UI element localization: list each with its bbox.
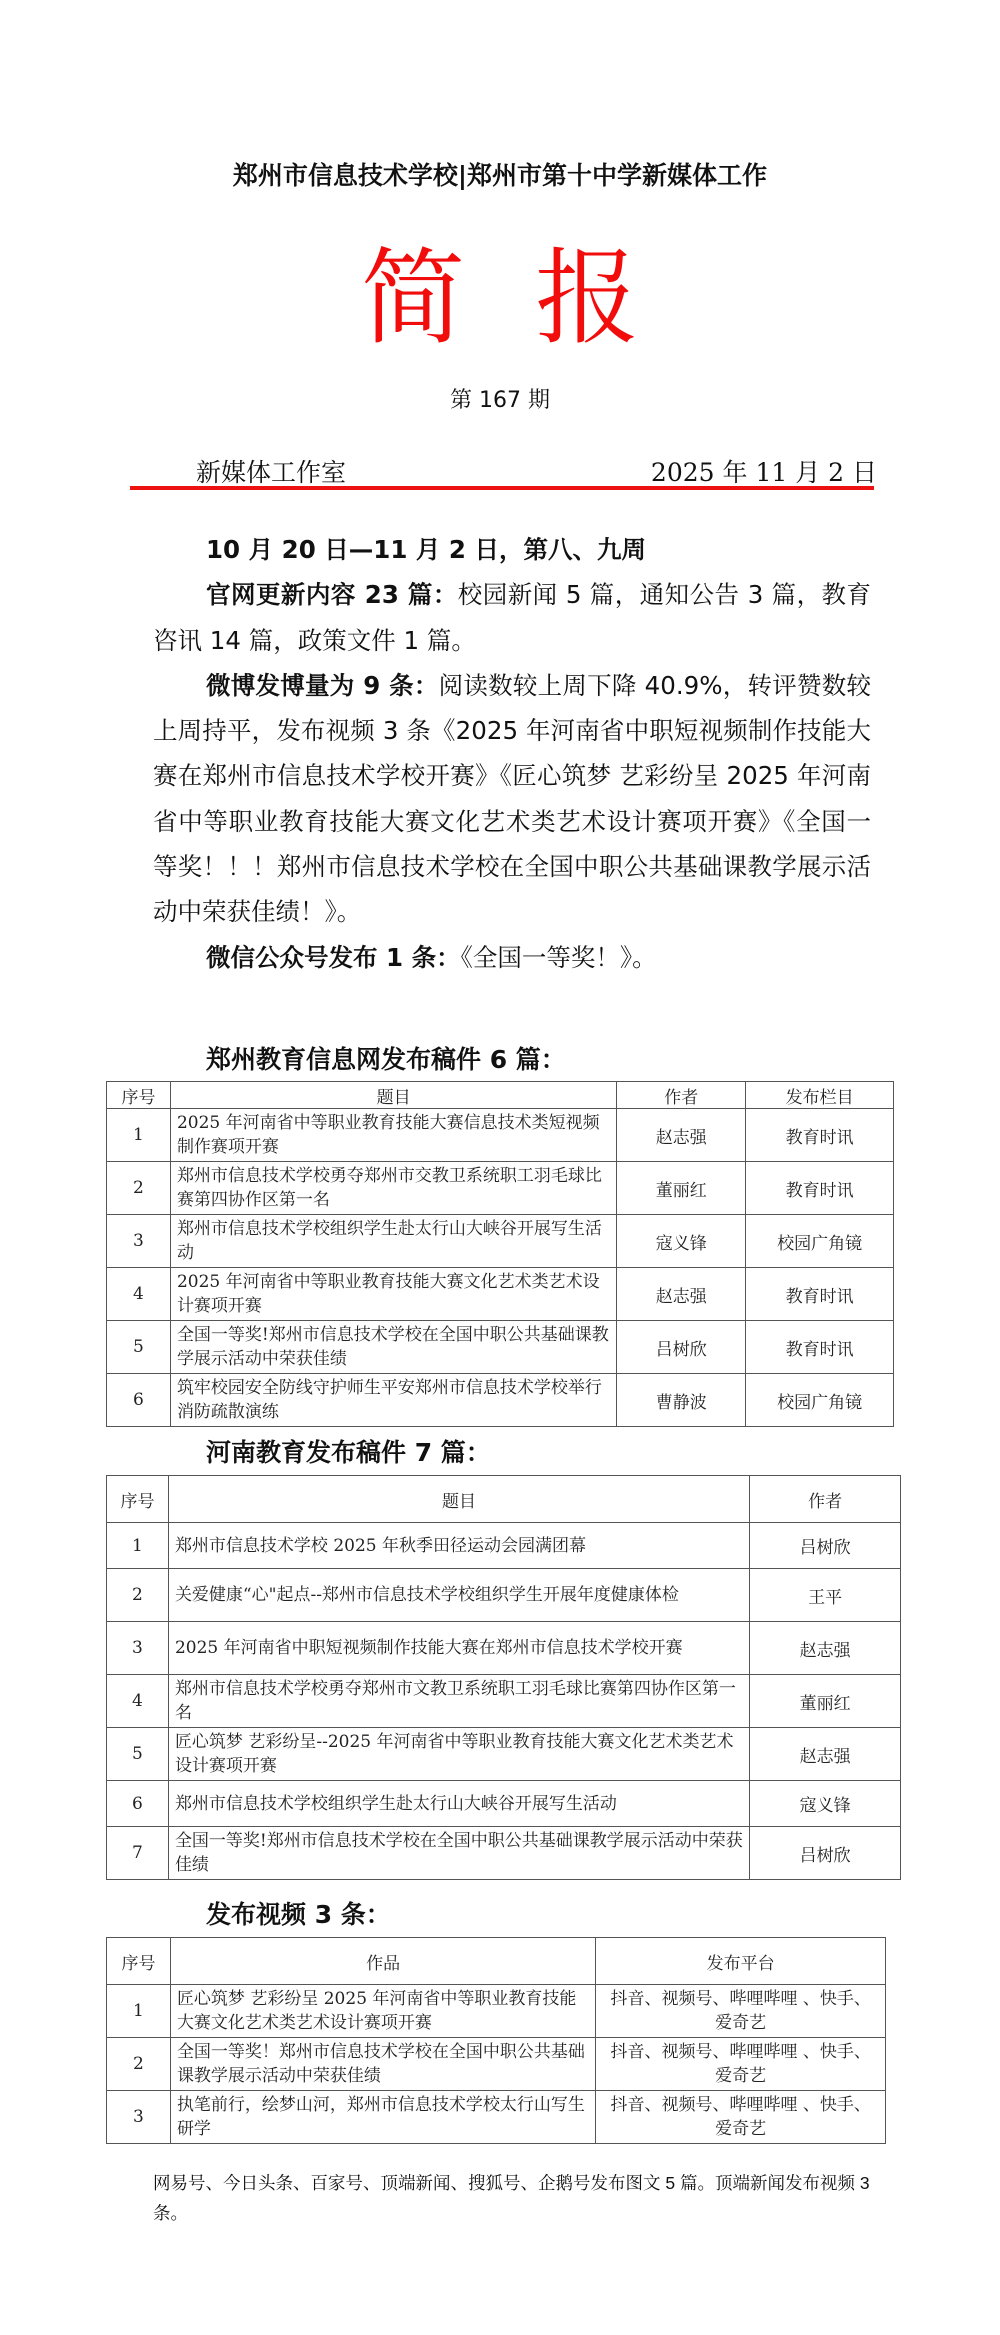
table-row: 42025 年河南省中等职业教育技能大赛文化艺术类艺术设计赛项开赛赵志强教育时讯	[107, 1268, 894, 1321]
table-row: 7全国一等奖!郑州市信息技术学校在全国中职公共基础课教学展示活动中荣获佳绩吕树欣	[107, 1827, 901, 1880]
col-header: 发布平台	[596, 1938, 886, 1985]
publish-date: 2025 年 11 月 2 日	[651, 453, 877, 489]
organization-line: 郑州市信息技术学校|郑州市第十中学新媒体工作	[0, 156, 1000, 192]
zz-edu-table: 序号 题目 作者 发布栏目 12025 年河南省中等职业教育技能大赛信息技术类短…	[106, 1081, 894, 1427]
table-row: 3郑州市信息技术学校组织学生赴太行山大峡谷开展写生活动寇义锋校园广角镜	[107, 1215, 894, 1268]
col-header: 序号	[107, 1082, 171, 1109]
wechat-label: 微信公众号发布 1 条：	[206, 943, 461, 972]
red-divider	[130, 486, 874, 490]
henan-edu-heading: 河南教育发布稿件 7 篇：	[206, 1433, 491, 1469]
table-row: 6筑牢校园安全防线守护师生平安郑州市信息技术学校举行消防疏散演练曹静波校园广角镜	[107, 1374, 894, 1427]
col-header: 题目	[170, 1082, 616, 1109]
weibo-label: 微博发博量为 9 条：	[206, 671, 439, 700]
website-label: 官网更新内容 23 篇：	[206, 580, 458, 609]
table-row: 32025 年河南省中职短视频制作技能大赛在郑州市信息技术学校开赛赵志强	[107, 1622, 901, 1675]
col-header: 作品	[170, 1938, 595, 1985]
issue-number: 第 167 期	[0, 383, 1000, 414]
zz-edu-heading: 郑州教育信息网发布稿件 6 篇：	[206, 1040, 566, 1076]
bulletin-title: 简报	[0, 238, 1000, 358]
col-header: 作者	[750, 1476, 901, 1523]
summary-section: 10 月 20 日—11 月 2 日，第八、九周 官网更新内容 23 篇：校园新…	[153, 527, 871, 980]
weibo-summary: 微博发博量为 9 条：阅读数较上周下降 40.9%，转评赞数较上周持平，发布视频…	[153, 663, 871, 935]
videos-table: 序号 作品 发布平台 1匠心筑梦 艺彩纷呈 2025 年河南省中等职业教育技能大…	[106, 1937, 886, 2144]
col-header: 作者	[617, 1082, 746, 1109]
table-row: 5全国一等奖!郑州市信息技术学校在全国中职公共基础课教学展示活动中荣获佳绩吕树欣…	[107, 1321, 894, 1374]
col-header: 发布栏目	[746, 1082, 894, 1109]
office-name: 新媒体工作室	[196, 453, 346, 489]
videos-heading: 发布视频 3 条：	[206, 1895, 391, 1931]
table-row: 5匠心筑梦 艺彩纷呈--2025 年河南省中等职业教育技能大赛文化艺术类艺术设计…	[107, 1728, 901, 1781]
table-row: 2郑州市信息技术学校勇夺郑州市交教卫系统职工羽毛球比赛第四协作区第一名董丽红教育…	[107, 1162, 894, 1215]
website-summary: 官网更新内容 23 篇：校园新闻 5 篇，通知公告 3 篇，教育咨讯 14 篇，…	[153, 572, 871, 663]
wechat-text: 《全国一等奖！》。	[461, 943, 657, 972]
col-header: 序号	[107, 1476, 169, 1523]
table-row: 4郑州市信息技术学校勇夺郑州市文教卫系统职工羽毛球比赛第四协作区第一名董丽红	[107, 1675, 901, 1728]
period-line: 10 月 20 日—11 月 2 日，第八、九周	[153, 527, 871, 572]
wechat-summary: 微信公众号发布 1 条：《全国一等奖！》。	[153, 935, 871, 980]
table-row: 2全国一等奖！郑州市信息技术学校在全国中职公共基础课教学展示活动中荣获佳绩抖音、…	[107, 2038, 886, 2091]
table-row: 1匠心筑梦 艺彩纷呈 2025 年河南省中等职业教育技能大赛文化艺术类艺术设计赛…	[107, 1985, 886, 2038]
table-row: 3执笔前行，绘梦山河，郑州市信息技术学校太行山写生研学抖音、视频号、哔哩哔哩 、…	[107, 2091, 886, 2144]
table-row: 6郑州市信息技术学校组织学生赴太行山大峡谷开展写生活动寇义锋	[107, 1781, 901, 1827]
weibo-text: 阅读数较上周下降 40.9%，转评赞数较上周持平，发布视频 3 条《2025 年…	[153, 671, 871, 926]
henan-edu-table: 序号 题目 作者 1郑州市信息技术学校 2025 年秋季田径运动会园满团幕吕树欣…	[106, 1475, 901, 1880]
footer-note: 网易号、今日头条、百家号、顶端新闻、搜狐号、企鹅号发布图文 5 篇。顶端新闻发布…	[153, 2168, 893, 2228]
table-row: 2关爱健康“心"起点--郑州市信息技术学校组织学生开展年度健康体检王平	[107, 1569, 901, 1622]
col-header: 题目	[168, 1476, 749, 1523]
table-row: 1郑州市信息技术学校 2025 年秋季田径运动会园满团幕吕树欣	[107, 1523, 901, 1569]
table-row: 12025 年河南省中等职业教育技能大赛信息技术类短视频制作赛项开赛赵志强教育时…	[107, 1109, 894, 1162]
col-header: 序号	[107, 1938, 171, 1985]
